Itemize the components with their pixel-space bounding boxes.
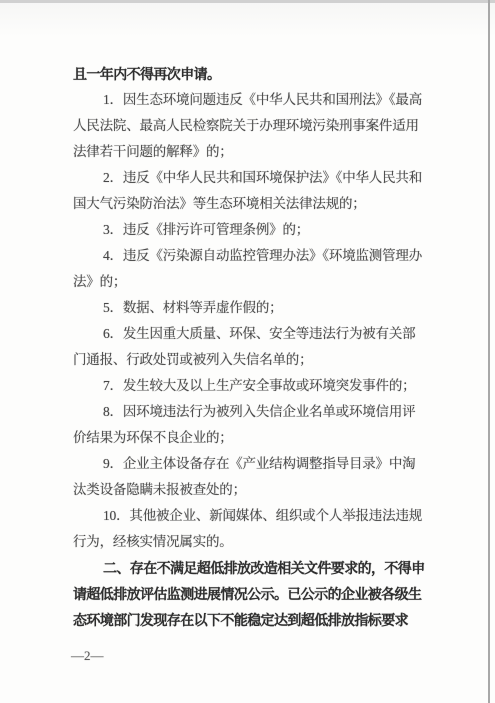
scan-top-smudge xyxy=(0,3,495,37)
text-line: 1．因生态环境问题违反《中华人民共和国刑法》《最高 xyxy=(73,87,428,113)
text-line: 请超低排放评估监测进展情况公示。已公示的企业被各级生 xyxy=(73,581,428,607)
text-line: 10．其他被企业、新闻媒体、组织或个人举报违法违规 xyxy=(73,503,428,529)
text-line: 2．违反《中华人民共和国环境保护法》《中华人民共和 xyxy=(73,165,428,191)
document-text-block: 且一年内不得再次申请。 1．因生态环境问题违反《中华人民共和国刑法》《最高 人民… xyxy=(73,61,428,633)
text-line: 5．数据、材料等弄虚作假的； xyxy=(73,295,428,321)
text-line: 9．企业主体设备存在《产业结构调整指导目录》中淘 xyxy=(73,451,428,477)
text-line: 6．发生因重大质量、环保、安全等违法行为被有关部 xyxy=(73,321,428,347)
text-line: 8．因环境违法行为被列入失信企业名单或环境信用评 xyxy=(73,399,428,425)
text-line: 3．违反《排污许可管理条例》的； xyxy=(73,217,428,243)
text-line: 行为，经核实情况属实的。 xyxy=(73,529,428,555)
scan-right-edge-line xyxy=(488,0,490,703)
text-line: 且一年内不得再次申请。 xyxy=(73,61,428,87)
text-line: 门通报、行政处罚或被列入失信名单的； xyxy=(73,347,428,373)
text-line: 4．违反《污染源自动监控管理办法》《环境监测管理办 xyxy=(73,243,428,269)
text-line: 态环境部门发现存在以下不能稳定达到超低排放指标要求 xyxy=(73,607,428,633)
text-line: 法律若干问题的解释》的； xyxy=(73,139,428,165)
text-line: 法》的； xyxy=(73,269,428,295)
text-line: 国大气污染防治法》等生态环境相关法律法规的； xyxy=(73,191,428,217)
page-number: —2— xyxy=(71,646,104,666)
text-line: 7．发生较大及以上生产安全事故或环境突发事件的； xyxy=(73,373,428,399)
text-line: 人民法院、最高人民检察院关于办理环境污染刑事案件适用 xyxy=(73,113,428,139)
text-line: 汰类设备隐瞒未报被查处的； xyxy=(73,477,428,503)
text-line: 价结果为环保不良企业的； xyxy=(73,425,428,451)
text-line: 二、存在不满足超低排放改造相关文件要求的，不得申 xyxy=(73,555,428,581)
